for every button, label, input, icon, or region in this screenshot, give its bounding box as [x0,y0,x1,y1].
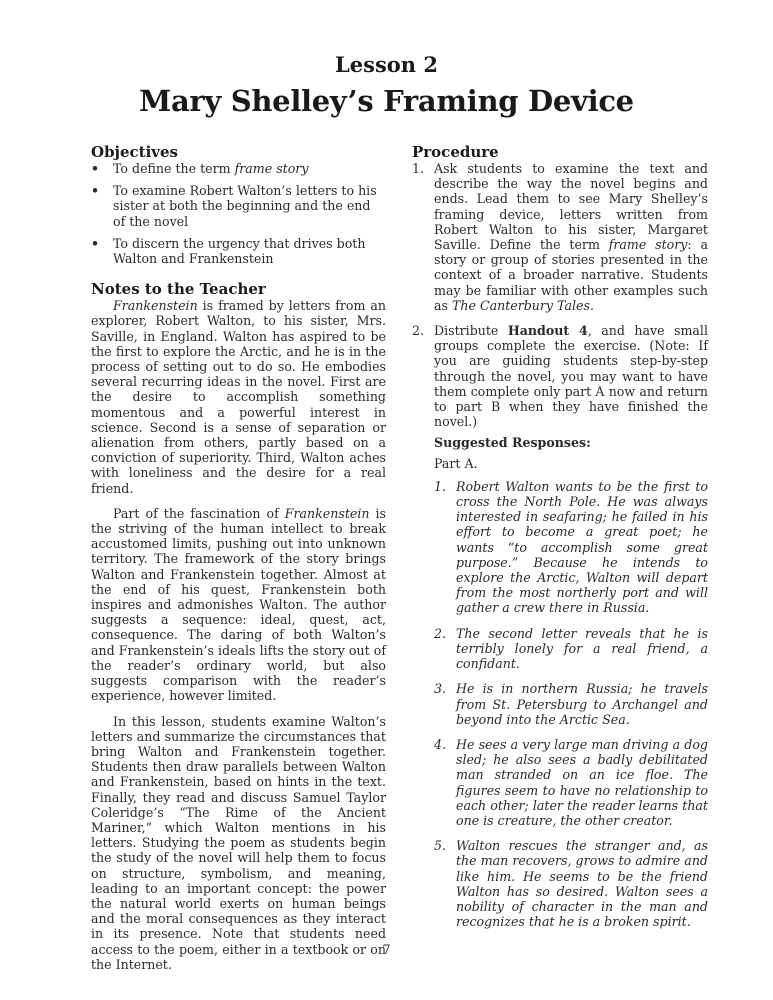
book-title: Frankenstein [285,506,370,521]
lesson-number: Lesson 2 [0,52,773,78]
step-number: 2. [412,323,424,338]
objective-term: frame story [235,161,309,176]
notes-paragraph-1: Frankenstein is framed by letters from a… [91,298,386,496]
paragraph-text: is the striving of the human intellect t… [91,506,386,703]
objectives-list: •To define the term frame story •To exam… [91,161,386,266]
book-title: The Canterbury Tales [452,298,590,313]
response-item: 4.He sees a very large man driving a dog… [434,737,708,828]
suggested-responses-heading: Suggested Responses: [434,435,708,450]
page-number: 7 [0,943,773,958]
notes-heading: Notes to the Teacher [91,280,386,298]
bullet-icon: • [91,161,99,176]
notes-paragraph-3: In this lesson, students examine Walton’… [91,714,386,972]
response-item: 3.He is in northern Russia; he travels f… [434,681,708,727]
right-column: Procedure 1.Ask students to examine the … [412,143,708,939]
response-item: 1.Robert Walton wants to be the first to… [434,479,708,616]
part-label: Part A. [434,456,708,471]
term-frame-story: frame story [609,237,688,252]
objective-text: To define the term [113,161,235,176]
objectives-heading: Objectives [91,143,386,161]
response-text: Robert Walton wants to be the first to c… [456,479,708,616]
response-number: 2. [434,626,446,641]
paragraph-text: is framed by letters from an explorer, R… [91,298,386,495]
response-text: He sees a very large man driving a dog s… [456,737,708,828]
procedure-list: 1.Ask students to examine the text and d… [412,161,708,929]
notes-paragraph-2: Part of the fascination of Frankenstein … [91,506,386,704]
left-column: Objectives •To define the term frame sto… [91,143,386,972]
bullet-icon: • [91,236,99,251]
step-text: . [590,298,594,313]
response-text: He is in northern Russia; he travels fro… [456,681,708,726]
objective-text: To examine Robert Walton’s letters to hi… [113,183,377,228]
response-number: 3. [434,681,446,696]
response-number: 1. [434,479,446,494]
procedure-step-2: 2.Distribute Handout 4, and have small g… [412,323,708,929]
bullet-icon: • [91,183,99,198]
page-title: Mary Shelley’s Framing Device [0,82,773,120]
handout-reference: Handout 4 [508,323,588,338]
responses-list: 1.Robert Walton wants to be the first to… [434,479,708,929]
objective-item: •To define the term frame story [91,161,386,176]
objective-item: •To discern the urgency that drives both… [91,236,386,266]
page-header: Lesson 2 Mary Shelley’s Framing Device [0,52,773,120]
objective-item: •To examine Robert Walton’s letters to h… [91,183,386,229]
objective-text: To discern the urgency that drives both … [113,236,365,266]
procedure-heading: Procedure [412,143,708,161]
step-number: 1. [412,161,424,176]
response-number: 4. [434,737,446,752]
response-number: 5. [434,838,446,853]
response-item: 5.Walton rescues the stranger and, as th… [434,838,708,929]
step-text: Distribute [434,323,508,338]
procedure-step-1: 1.Ask students to examine the text and d… [412,161,708,313]
step-text: , and have small groups complete the exe… [434,323,708,429]
response-text: The second letter reveals that he is ter… [456,626,708,671]
paragraph-text: Part of the fascination of [113,506,285,521]
response-text: Walton rescues the stranger and, as the … [456,838,708,929]
response-item: 2.The second letter reveals that he is t… [434,626,708,672]
book-title: Frankenstein [113,298,198,313]
